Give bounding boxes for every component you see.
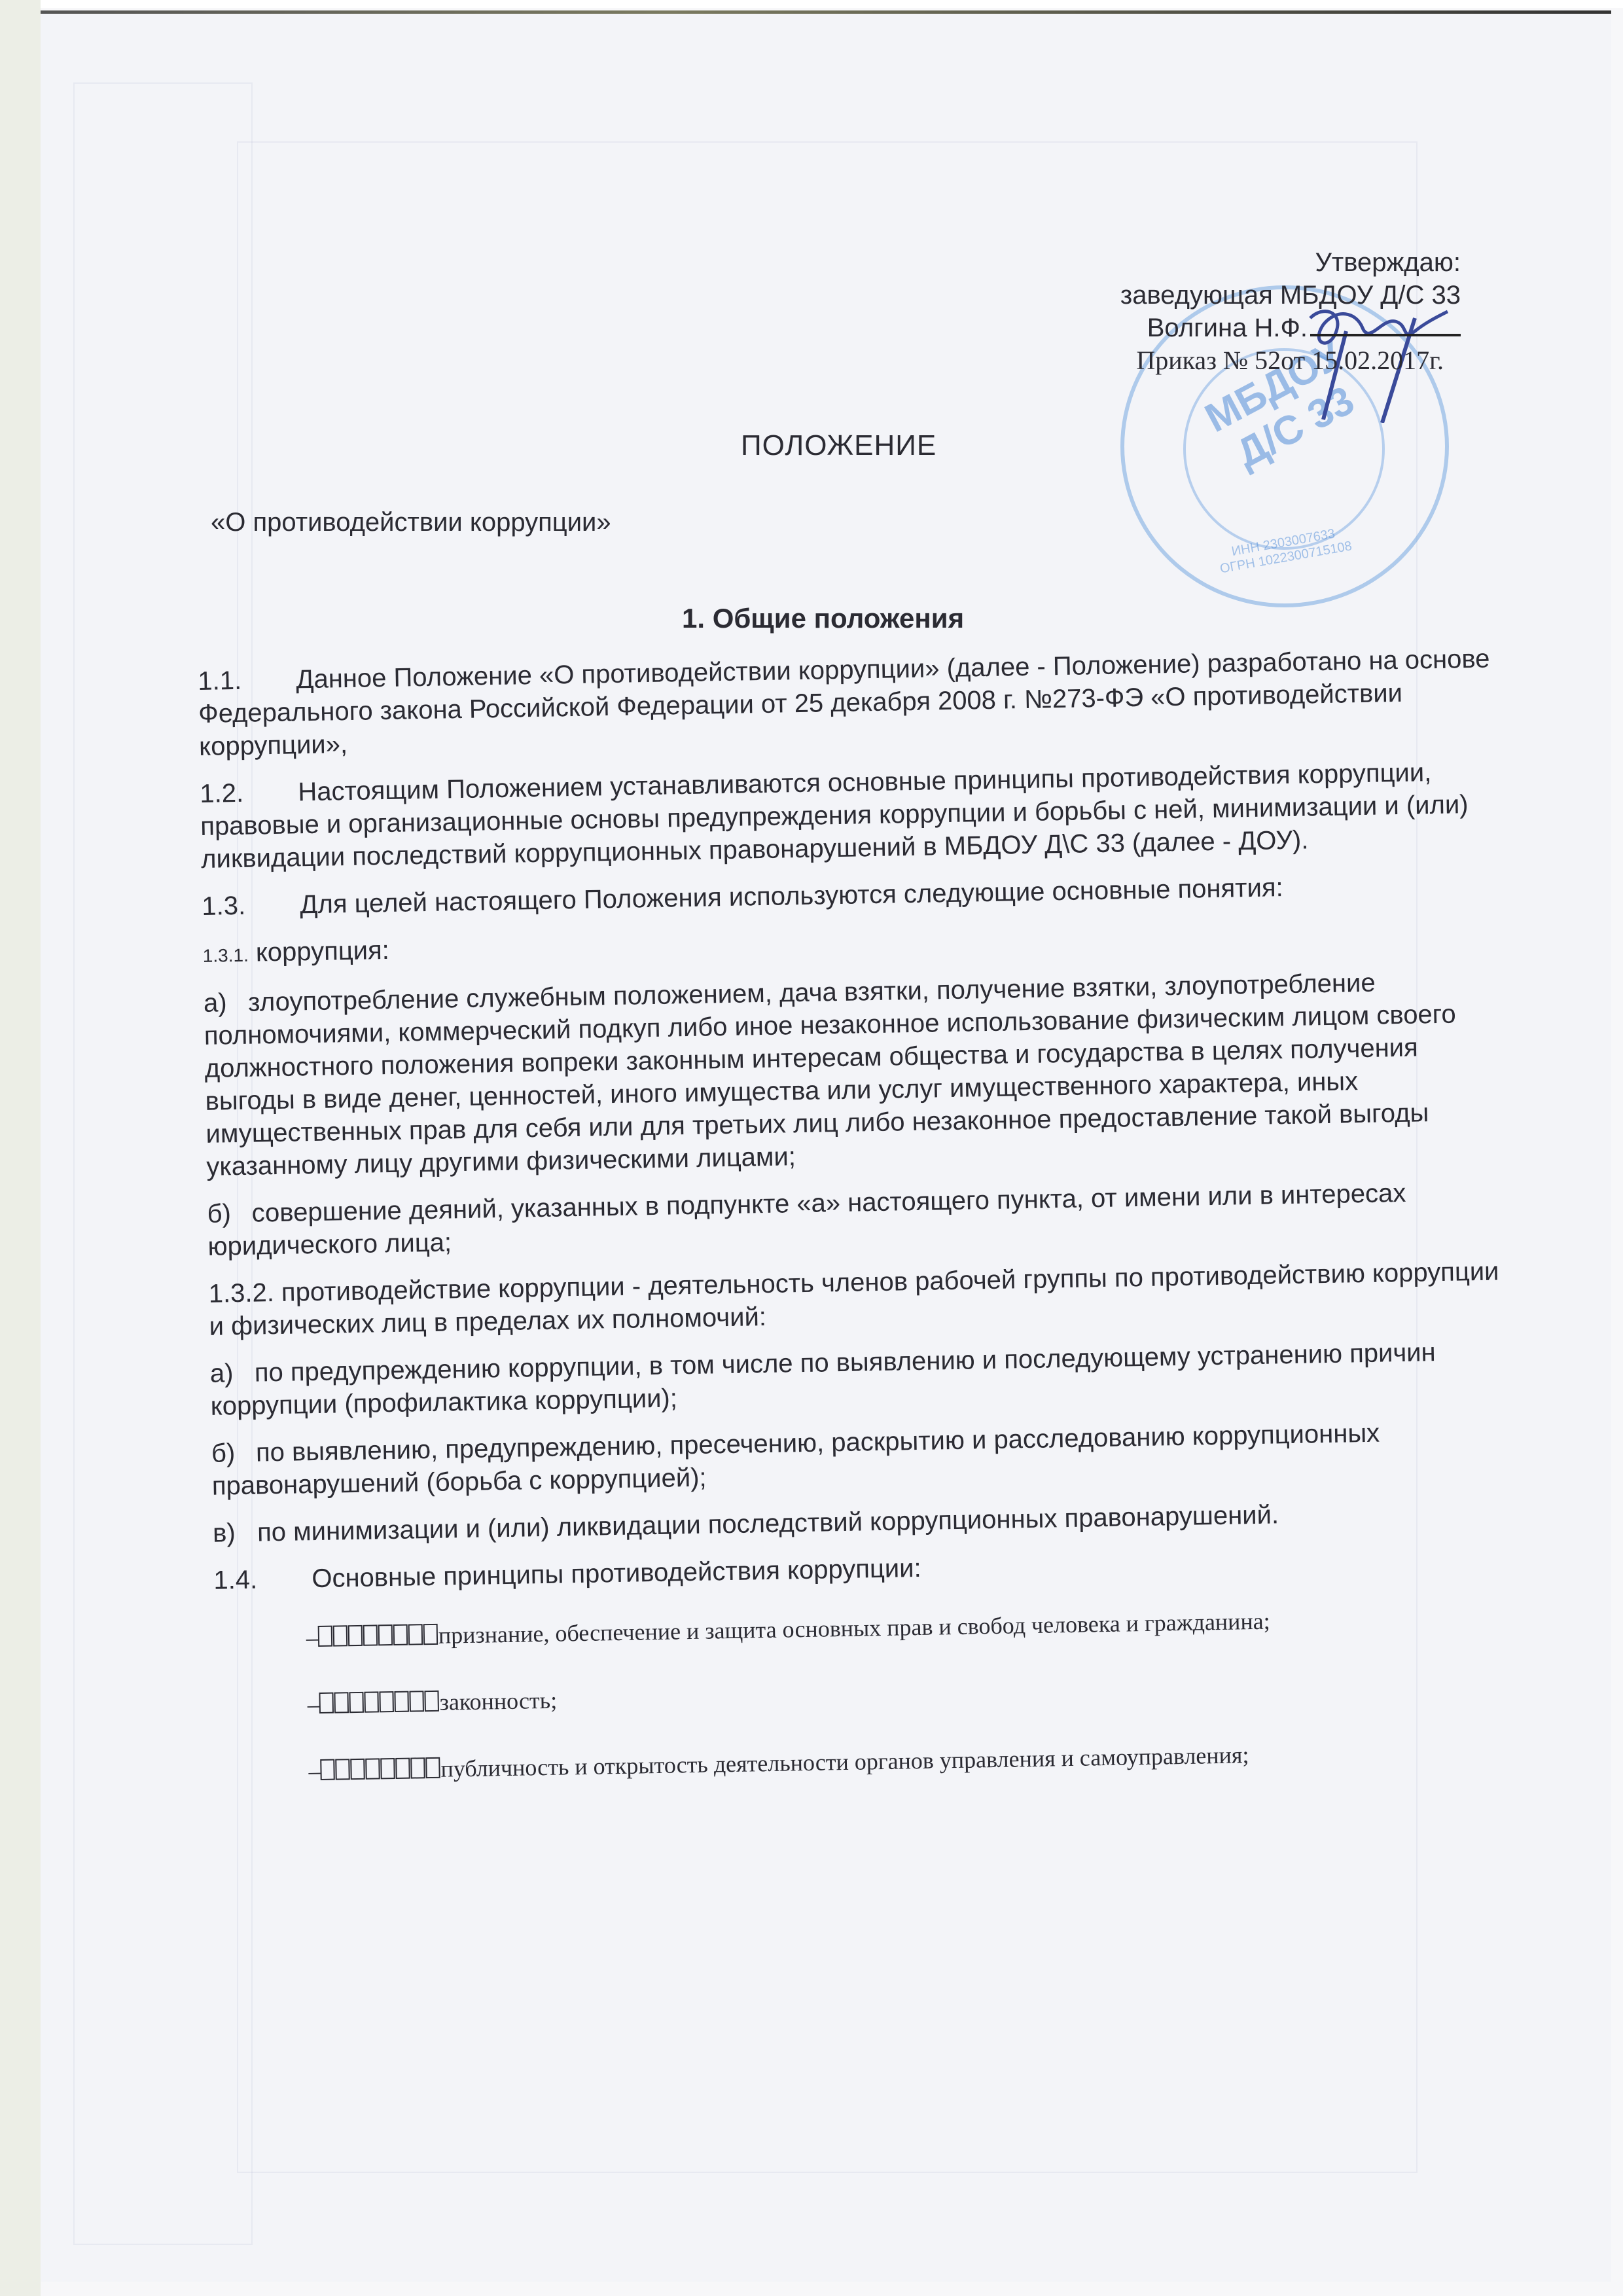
missing-glyph-icon <box>334 1692 349 1713</box>
document-title: ПОЛОЖЕНИЕ <box>741 429 936 462</box>
missing-glyph-icon <box>333 1625 348 1646</box>
missing-glyph-icon <box>379 1691 394 1712</box>
missing-glyph-icon <box>393 1624 408 1645</box>
missing-glyph-icon <box>410 1757 425 1778</box>
page-top-edge <box>41 10 1611 14</box>
term-1-3-2-item-b: б)по выявлению, предупреждению, пресечен… <box>211 1414 1521 1503</box>
missing-glyph-icon <box>409 1691 424 1712</box>
missing-glyph-icon <box>320 1759 335 1780</box>
document-page: МБДОУ Д/С 33 ИНН 2303007633 ОГРН 1022300… <box>41 10 1611 2282</box>
approver-name-line: Волгина Н.Ф. <box>1120 312 1461 344</box>
document-subtitle: «О противодействии коррупции» <box>211 508 611 537</box>
paragraph-1-4: 1.4.Основные принципы противодействия ко… <box>213 1541 1523 1597</box>
term-1-3-1: 1.3.1. коррупция: <box>202 914 1512 973</box>
missing-glyph-icon <box>348 1625 363 1646</box>
missing-glyph-icon <box>378 1624 393 1645</box>
missing-glyph-icon <box>380 1758 395 1779</box>
missing-glyph-icon <box>423 1624 438 1645</box>
principles-list: –признание, обеспечение и защита основны… <box>306 1600 1526 1787</box>
term-1-3-2-item-c: в)по минимизации и (или) ликвидации посл… <box>213 1494 1522 1550</box>
missing-glyph-icon <box>365 1758 380 1779</box>
principle-item: –законность; <box>307 1667 1525 1721</box>
document-body: 1.1.Данное Положение «О противодействии … <box>198 642 1527 1823</box>
approval-block: Утверждаю: заведующая МБДОУ Д/С 33 Волги… <box>1120 246 1461 377</box>
principle-item: –публичность и открытость деятельности о… <box>308 1734 1526 1787</box>
paragraph-1-2: 1.2.Настоящим Положением устанавливаются… <box>200 755 1510 876</box>
scan-border-left <box>0 0 41 2296</box>
missing-glyph-icon <box>350 1759 365 1780</box>
missing-glyph-icon <box>335 1759 350 1780</box>
missing-glyph-icon <box>394 1691 409 1712</box>
missing-glyph-icon <box>425 1757 440 1778</box>
term-1-3-1-item-b: б)совершение деяний, указанных в подпунк… <box>207 1175 1516 1263</box>
term-1-3-2-item-a: а)по предупреждению коррупции, в том чис… <box>209 1335 1519 1423</box>
order-reference: Приказ № 52от 15.02.2017г. <box>1120 344 1444 377</box>
approver-position: заведующая МБДОУ Д/С 33 <box>1120 279 1461 312</box>
missing-glyph-icon <box>424 1691 439 1712</box>
signature-line <box>1310 334 1461 336</box>
missing-glyph-icon <box>395 1758 410 1779</box>
missing-glyph-icon <box>364 1691 379 1712</box>
missing-glyph-icon <box>318 1626 333 1647</box>
approver-name: Волгина Н.Ф. <box>1147 314 1308 342</box>
missing-glyph-icon <box>349 1692 364 1713</box>
principle-item: –признание, обеспечение и защита основны… <box>306 1600 1524 1654</box>
paragraph-1-3: 1.3.Для целей настоящего Положения испол… <box>202 867 1511 923</box>
term-1-3-1-item-a: а)злоупотребление служебным положением, … <box>204 964 1516 1183</box>
section-heading: 1. Общие положения <box>682 603 964 634</box>
scan-border-top <box>0 0 1623 8</box>
approve-label: Утверждаю: <box>1120 246 1461 279</box>
missing-glyph-icon <box>319 1693 334 1713</box>
missing-glyph-icon <box>408 1624 423 1645</box>
term-1-3-2: 1.3.2. противодействие коррупции - деяте… <box>208 1255 1518 1343</box>
missing-glyph-icon <box>363 1624 378 1645</box>
